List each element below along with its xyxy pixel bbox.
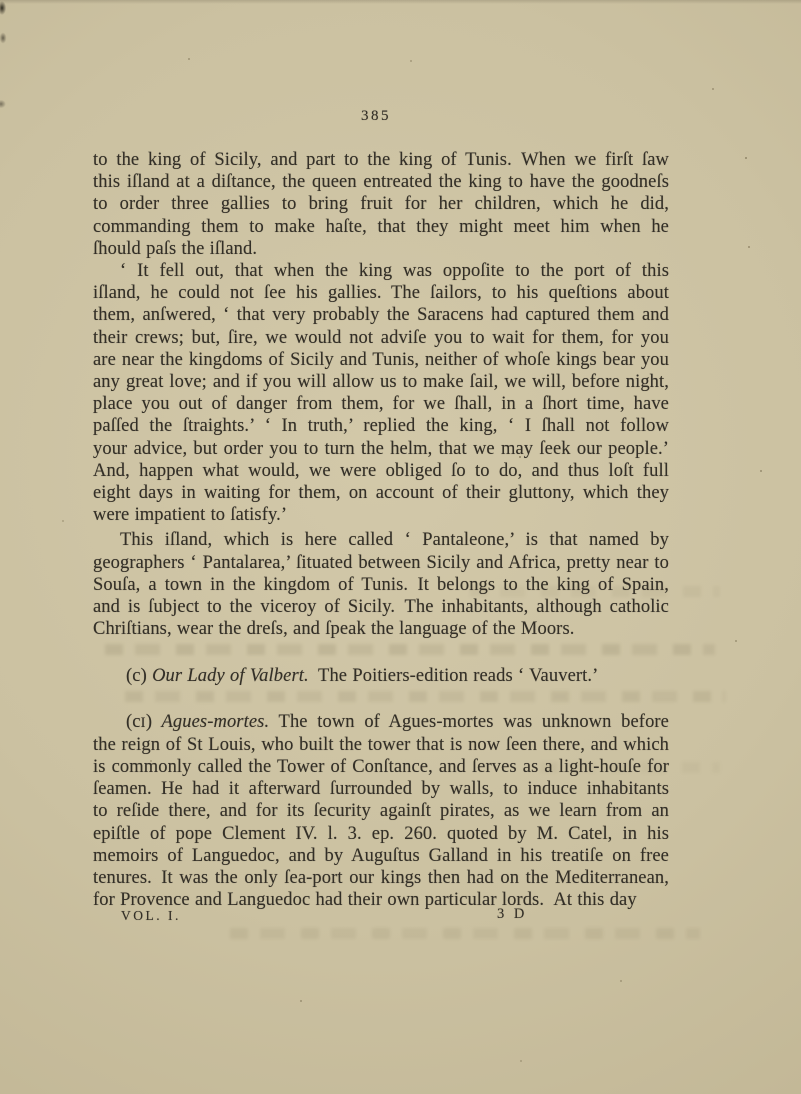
signature-mark: 3 D <box>497 906 527 923</box>
footnote-c: (c) Our Lady of Valbert. The Poitiers-ed… <box>93 665 669 687</box>
text-line: the reign of St Louis, who built the tow… <box>93 734 669 756</box>
text-line: paſſed the ſtraights.’ ‘ In truth,’ repl… <box>93 415 669 437</box>
text-line: were impatient to ſatisfy.’ <box>93 504 669 526</box>
text-run: to reſide there, and for its ſecurity ag… <box>93 801 669 821</box>
text-run: to the king of Sicily, and part to the k… <box>93 150 669 170</box>
text-line: (c) Our Lady of Valbert. The Poitiers-ed… <box>93 665 669 687</box>
text-run: is commonly called the Tower of Conſtanc… <box>93 757 669 777</box>
text-run: And, happen what would, we were obliged … <box>93 461 669 481</box>
page-edge-shadow <box>0 0 801 4</box>
paragraph-quote: ‘ It fell out, that when the king was op… <box>93 260 669 526</box>
text-line: and is ſubject to the viceroy of Sicily.… <box>93 596 669 618</box>
page-text-block: to the king of Sicily, and part to the k… <box>93 149 669 912</box>
text-line: ‘ It fell out, that when the king was op… <box>93 260 669 282</box>
text-line: ſhould paſs the iſland. <box>93 238 669 260</box>
text-line: tenures. It was the only ſea-port our ki… <box>93 867 669 889</box>
paper-speckles <box>0 0 2 2</box>
volume-label: VOL. I. <box>121 908 181 924</box>
text-run: place you out of danger from them, for w… <box>93 394 669 414</box>
text-line: this iſland at a diſtance, the queen ent… <box>93 171 669 193</box>
text-run: memoirs of Languedoc, and by Auguſtus Ga… <box>93 846 669 866</box>
text-run: Souſa, a town in the kingdom of Tunis. I… <box>93 575 669 595</box>
text-line: And, happen what would, we were obliged … <box>93 460 669 482</box>
text-run: geographers ‘ Pantalarea,’ ſituated betw… <box>93 553 669 573</box>
text-line: your advice, but order you to turn the h… <box>93 438 669 460</box>
text-run: were impatient to ſatisfy.’ <box>93 505 287 525</box>
text-run: This iſland, which is here called ‘ Pant… <box>120 530 669 550</box>
italic-text: Our Lady of Valbert. <box>152 666 309 686</box>
footnotes-section: (c) Our Lady of Valbert. The Poitiers-ed… <box>93 665 669 911</box>
text-line: ſeamen. He had it afterward ſurrounded b… <box>93 778 669 800</box>
show-through-artifact <box>230 928 700 939</box>
text-run: eight days in waiting for them, on accou… <box>93 483 669 503</box>
text-line: geographers ‘ Pantalarea,’ ſituated betw… <box>93 552 669 574</box>
text-run: The Poitiers-edition reads ‘ Vauvert.’ <box>309 666 599 686</box>
text-run: to order three gallies to bring fruit fo… <box>93 194 669 214</box>
text-line: (cI) Agues-mortes. The town of Agues-mor… <box>93 711 669 734</box>
text-run: tenures. It was the only ſea-port our ki… <box>93 868 669 888</box>
scan-corner-artifact <box>0 0 16 120</box>
text-line: their crews; but, ſire, we would not adv… <box>93 327 669 349</box>
text-line: are near the kingdoms of Sicily and Tuni… <box>93 349 669 371</box>
text-run: ſeamen. He had it afterward ſurrounded b… <box>93 779 669 799</box>
text-line: Chriſtians, wear the dreſs, and ſpeak th… <box>93 618 669 640</box>
text-run: are near the kingdoms of Sicily and Tuni… <box>93 350 669 370</box>
text-line: Souſa, a town in the kingdom of Tunis. I… <box>93 574 669 596</box>
text-run: any great love; and if you will allow us… <box>93 372 669 392</box>
text-line: memoirs of Languedoc, and by Auguſtus Ga… <box>93 845 669 867</box>
text-run: the reign of St Louis, who built the tow… <box>93 735 669 755</box>
text-line: to reſide there, and for its ſecurity ag… <box>93 800 669 822</box>
text-run: ) <box>146 712 162 732</box>
text-run: this iſland at a diſtance, the queen ent… <box>93 172 669 192</box>
text-run: ‘ It fell out, that when the king was op… <box>120 261 669 281</box>
text-line: This iſland, which is here called ‘ Pant… <box>93 529 669 551</box>
text-line: any great love; and if you will allow us… <box>93 371 669 393</box>
text-line: to order three gallies to bring fruit fo… <box>93 193 669 215</box>
paragraph-continuation: to the king of Sicily, and part to the k… <box>93 149 669 260</box>
text-run: their crews; but, ſire, we would not adv… <box>93 328 669 348</box>
text-run: them, anſwered, ‘ that very probably the… <box>93 305 669 325</box>
text-run: Chriſtians, wear the dreſs, and ſpeak th… <box>93 619 574 639</box>
text-run: (c <box>126 712 141 732</box>
text-line: to the king of Sicily, and part to the k… <box>93 149 669 171</box>
text-run: paſſed the ſtraights.’ ‘ In truth,’ repl… <box>93 416 669 436</box>
text-line: iſland, he could not ſee his gallies. Th… <box>93 282 669 304</box>
text-run: your advice, but order you to turn the h… <box>93 439 669 459</box>
text-run: The town of Agues-mortes was unknown bef… <box>269 712 669 732</box>
text-line: is commonly called the Tower of Conſtanc… <box>93 756 669 778</box>
text-line: eight days in waiting for them, on accou… <box>93 482 669 504</box>
page-number: 385 <box>341 108 411 125</box>
text-run: commanding them to make haſte, that they… <box>93 217 669 237</box>
italic-text: Agues-mortes. <box>162 712 270 732</box>
text-line: them, anſwered, ‘ that very probably the… <box>93 304 669 326</box>
text-line: epiſtle of pope Clement IV. l. 3. ep. 26… <box>93 823 669 845</box>
footnote-c1: (cI) Agues-mortes. The town of Agues-mor… <box>93 711 669 912</box>
text-line: commanding them to make haſte, that they… <box>93 216 669 238</box>
text-run: ſhould paſs the iſland. <box>93 239 257 259</box>
text-run: and is ſubject to the viceroy of Sicily.… <box>93 597 669 617</box>
text-run: epiſtle of pope Clement IV. l. 3. ep. 26… <box>93 824 669 844</box>
text-line: place you out of danger from them, for w… <box>93 393 669 415</box>
text-run: (c) <box>126 666 152 686</box>
paragraph-island-note: This iſland, which is here called ‘ Pant… <box>93 529 669 640</box>
text-run: iſland, he could not ſee his gallies. Th… <box>93 283 669 303</box>
